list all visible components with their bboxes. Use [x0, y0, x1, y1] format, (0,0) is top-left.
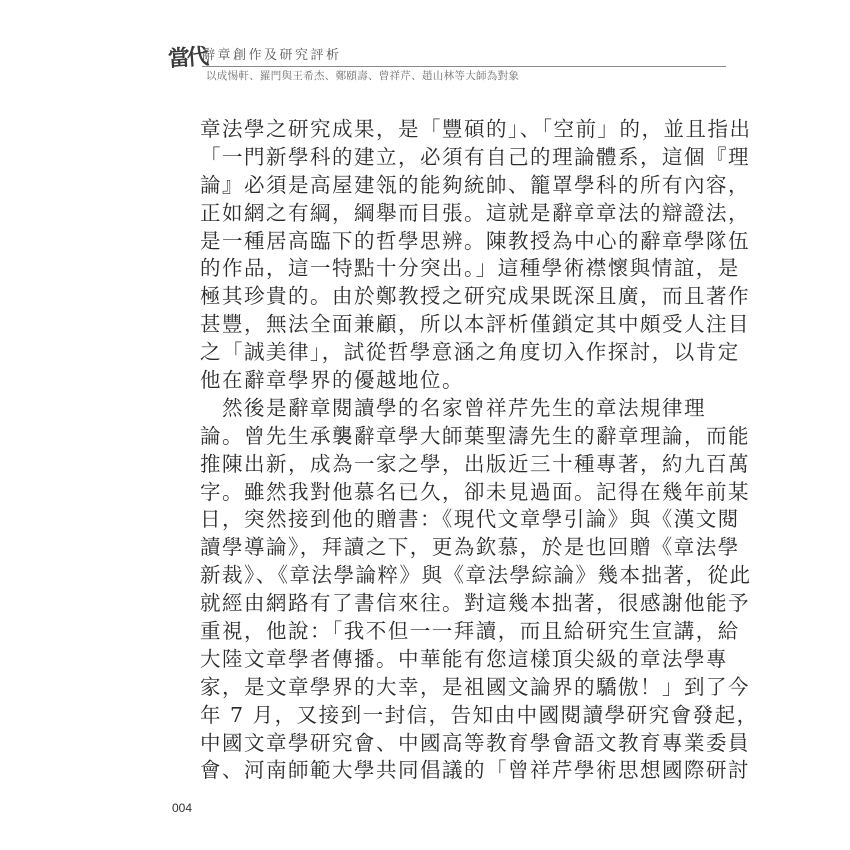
text-line: 年 7 月，又接到一封信，告知由中國閱讀學研究會發起，: [200, 702, 652, 730]
text-line: 「一門新學科的建立，必須有自己的理論體系，這個『理: [200, 144, 652, 172]
header-emblem: 當代: [167, 45, 207, 72]
text-line: 家，是文章學界的大幸，是祖國文論界的驕傲！」到了今: [200, 674, 652, 702]
text-line: 中國文章學研究會、中國高等教育學會語文教育專業委員: [200, 730, 652, 758]
text-line: 新裁》、《章法學論粹》與《章法學綜論》幾本拙著，從此: [200, 562, 652, 590]
text-line: 論』必須是高屋建瓴的能夠統帥、籠罩學科的所有內容，: [200, 172, 652, 200]
text-line: 就經由網路有了書信來往。對這幾本拙著，很感謝他能予: [200, 590, 652, 618]
text-line: 重視，他說：「我不但一一拜讀，而且給研究生宣講，給: [200, 618, 652, 646]
page-number: 004: [172, 801, 192, 815]
text-line: 論。曾先生承襲辭章學大師葉聖濤先生的辭章理論，而能: [200, 423, 652, 451]
text-line: 日，突然接到他的贈書：《現代文章學引論》與《漢文閱: [200, 506, 652, 534]
text-line: 是一種居高臨下的哲學思辨。陳教授為中心的辭章學隊伍: [200, 228, 652, 256]
text-line: 他在辭章學界的優越地位。: [200, 367, 652, 395]
text-line: 字。雖然我對他慕名已久，卻未見過面。記得在幾年前某: [200, 479, 652, 507]
text-line: 大陸文章學者傳播。中華能有您這樣頂尖級的章法學專: [200, 646, 652, 674]
book-title: 辭章創作及研究評析: [202, 48, 342, 64]
text-line: 甚豐，無法全面兼顧，所以本評析僅鎖定其中頗受人注目: [200, 311, 652, 339]
text-line: 會、河南師範大學共同倡議的「曾祥芹學術思想國際研討: [200, 757, 652, 785]
running-header: 當代 辭章創作及研究評析 以成惕軒、羅門與王希杰、鄭頤壽、曾祥芹、趙山林等大師為…: [168, 44, 728, 88]
text-line: 推陳出新，成為一家之學，出版近三十種專著，約九百萬: [200, 451, 652, 479]
book-subtitle: 以成惕軒、羅門與王希杰、鄭頤壽、曾祥芹、趙山林等大師為對象: [206, 69, 519, 83]
text-line: 之「誠美律」，試從哲學意涵之角度切入作探討，以肯定: [200, 339, 652, 367]
text-line: 極其珍貴的。由於鄭教授之研究成果既深且廣，而且著作: [200, 283, 652, 311]
text-line: 讀學導論》，拜讀之下，更為欽慕，於是也回贈《章法學: [200, 534, 652, 562]
text-line: 然後是辭章閱讀學的名家曾祥芹先生的章法規律理: [200, 395, 652, 423]
text-line: 章法學之研究成果，是「豐碩的」、「空前」的，並且指出: [200, 116, 652, 144]
text-line: 的作品，這一特點十分突出。」這種學術襟懷與情誼，是: [200, 255, 652, 283]
text-line: 正如網之有綱，綱舉而目張。這就是辭章章法的辯證法，: [200, 200, 652, 228]
header-rule-divider: [202, 66, 726, 67]
body-text: 章法學之研究成果，是「豐碩的」、「空前」的，並且指出 「一門新學科的建立，必須有…: [200, 116, 652, 785]
